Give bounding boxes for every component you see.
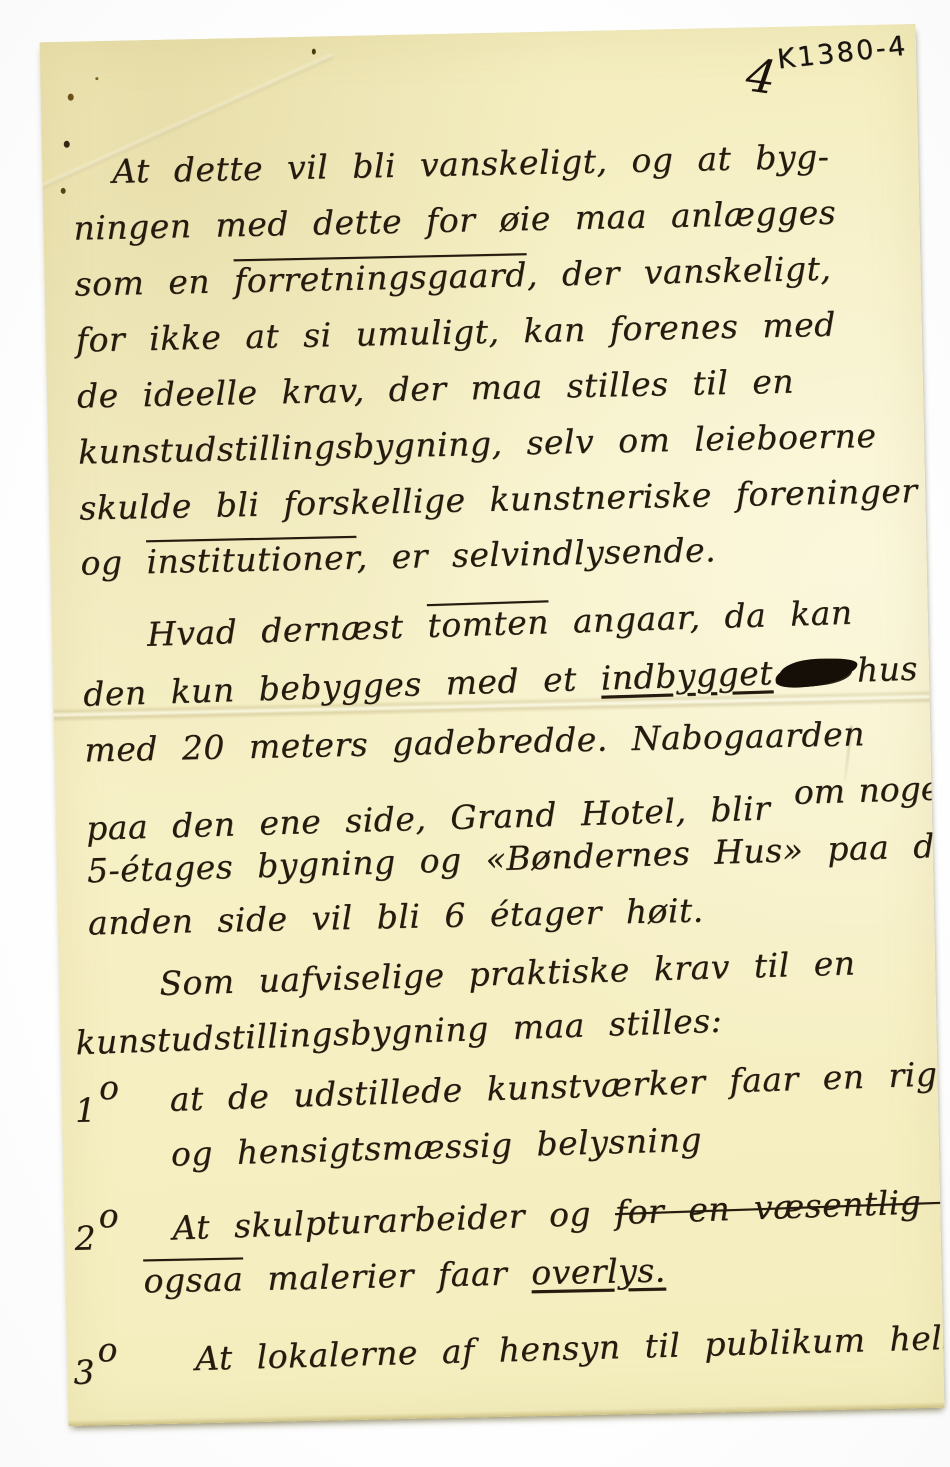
crossed-text: forretningsgaard	[234, 255, 528, 300]
text-segment: for ikke at si umuligt, kan forenes med	[75, 305, 836, 360]
handwritten-line: At skulpturarbeider og for en væsentlig …	[172, 1179, 945, 1249]
handwritten-line: for ikke at si umuligt, kan forenes med	[75, 304, 836, 361]
interlinear-insertion: om nogen tid	[793, 766, 944, 812]
handwritten-line: kunstudstillingsbygning maa stilles:	[75, 1000, 723, 1064]
text-segment: og hensigtsmæssig belysning	[170, 1120, 702, 1174]
text-segment: at de udstillede kunstværker faar en rig…	[169, 1052, 944, 1119]
handwritten-line: kunstudstillingsbygning, selv om leieboe…	[78, 415, 877, 473]
crossed-text: tomten	[427, 602, 550, 645]
handwritten-line: At dette vil bli vanskeligt, og at byg-	[112, 136, 830, 192]
handwritten-line: 3o	[73, 1329, 119, 1393]
manuscript-page: 4 K1380-4 At dette vil bli vanskeligt, o…	[40, 24, 945, 1426]
handwritten-line: med 20 meters gadebredde. Nabogaarden	[84, 713, 865, 771]
item-number: 2	[74, 1218, 96, 1257]
ordinal-suffix: o	[98, 1196, 119, 1235]
handwritten-line: som en forretningsgaard, der vanskeligt,	[74, 248, 831, 305]
handwritten-line: Som uafviselige praktiske krav til en	[159, 942, 856, 1004]
ordinal-suffix: o	[97, 1330, 118, 1369]
text-segment: malerier faar	[243, 1253, 532, 1298]
handwritten-line: at de udstillede kunstværker faar en rig…	[169, 1051, 944, 1120]
text-segment: At lokalerne af hensyn til publikum hels…	[195, 1317, 945, 1378]
handwritten-line: ningen med dette for øie maa anlægges	[73, 192, 836, 249]
text-segment: , er selvindlysende.	[356, 530, 716, 577]
text-segment: den kun bebygges med et	[83, 659, 602, 714]
text-segment: meters gadebredde. Nabogaarden	[224, 714, 865, 766]
text-segment: og	[80, 542, 147, 582]
item-number: 1	[75, 1090, 97, 1129]
handwritten-line: den kun bebygges med et indbyggethus	[83, 648, 919, 715]
text-segment: hus	[856, 649, 918, 690]
text-segment: som en	[74, 261, 234, 303]
handwritten-line: ogsaa malerier faar overlys.	[143, 1249, 666, 1301]
crossed-text: ogsaa	[143, 1259, 244, 1300]
crossed-text: institutioner	[146, 538, 357, 581]
handwritten-line: de ideelle krav, der maa stilles til en	[77, 361, 795, 417]
item-number: 3	[73, 1352, 95, 1391]
handwritten-line: At lokalerne af hensyn til publikum hels…	[195, 1316, 945, 1379]
handwritten-line: og hensigtsmæssig belysning	[170, 1119, 702, 1175]
text-segment: At dette vil bli vanskeligt, og at byg-	[112, 137, 830, 191]
ordinal-suffix: o	[99, 1068, 120, 1107]
ink-blot	[778, 655, 854, 688]
text-segment: kunstudstillingsbygning maa stilles:	[75, 1001, 723, 1063]
text-segment: kunstudstillingsbygning, selv om leieboe…	[78, 416, 877, 472]
text-layer: At dette vil bli vanskeligt, og at byg-n…	[40, 24, 945, 1426]
handwritten-line: Hvad dernæst tomten angaar, da kan	[146, 592, 853, 655]
handwritten-line: 2o	[74, 1195, 120, 1259]
underlined-text: overlys.	[531, 1250, 666, 1292]
text-segment: angaar, da kan	[548, 593, 853, 642]
text-segment: skulde bli forskellige kunstneriske fore…	[79, 471, 918, 528]
text-segment: At skulpturarbeider og	[172, 1193, 616, 1247]
text-segment: Som uafviselige praktiske krav til en	[159, 943, 856, 1003]
item-number: 20	[181, 728, 225, 768]
handwritten-line: og institutioner, er selvindlysende.	[80, 529, 716, 584]
struck-text: for en væsentlig del	[614, 1180, 944, 1232]
underlined-text: indbygget	[600, 653, 773, 697]
text-segment: de ideelle krav, der maa stilles til en	[77, 362, 795, 416]
handwritten-line: anden side vil bli 6 étager høit.	[88, 890, 704, 944]
scan-background: 4 K1380-4 At dette vil bli vanskeligt, o…	[0, 0, 950, 1467]
text-segment: , der vanskeligt,	[526, 249, 831, 294]
text-segment: ningen med dette for øie maa anlægges	[73, 193, 836, 248]
text-segment: anden side vil bli 6 étager høit.	[88, 891, 704, 943]
text-segment: med	[84, 729, 182, 770]
handwritten-line: skulde bli forskellige kunstneriske fore…	[79, 470, 918, 529]
text-segment: Hvad dernæst	[146, 606, 428, 654]
handwritten-line: 1o	[74, 1067, 120, 1131]
